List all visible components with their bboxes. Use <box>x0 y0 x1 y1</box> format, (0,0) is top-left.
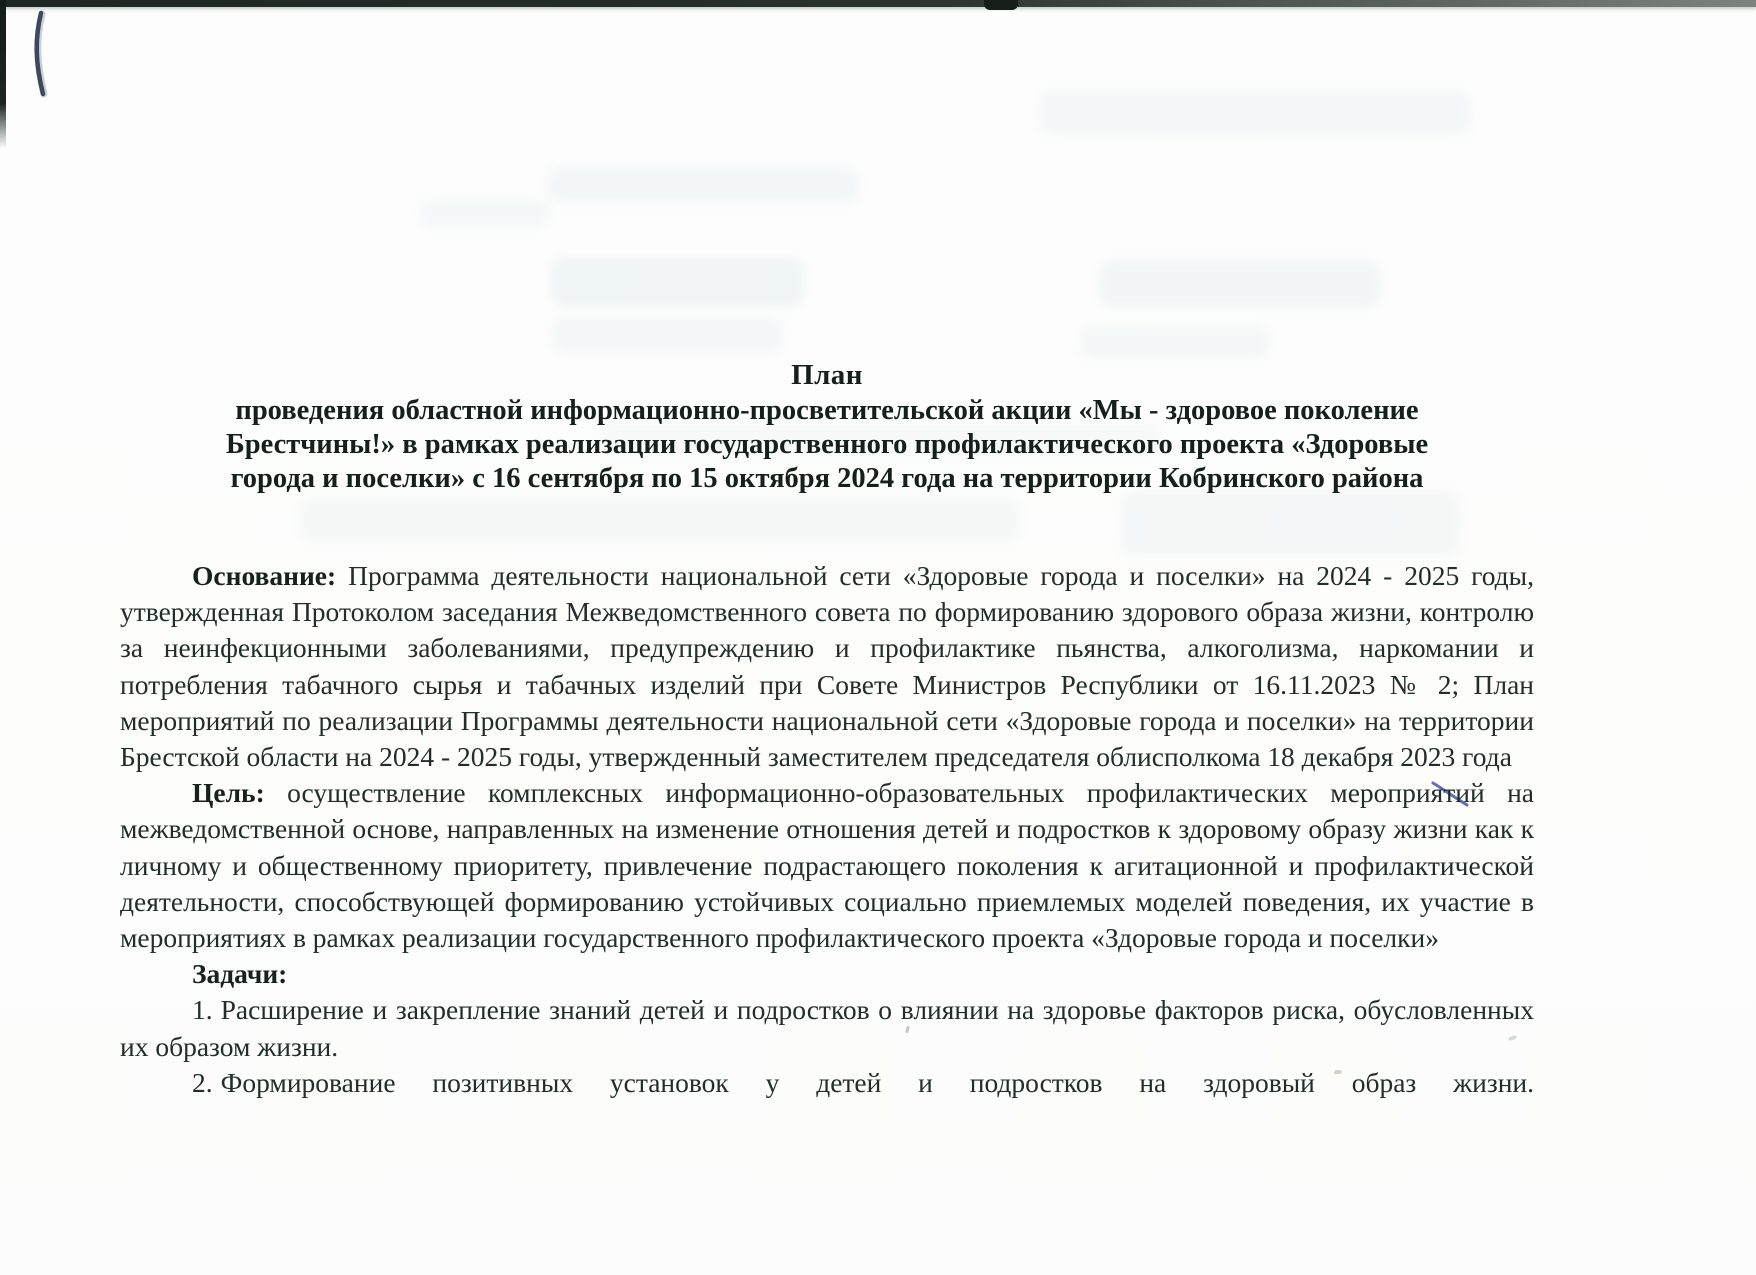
scan-edge-artifact-top <box>0 0 1756 7</box>
bleedthrough-smudge <box>548 168 858 202</box>
basis-text: Программа деятельности национальной сети… <box>120 560 1534 772</box>
bleedthrough-smudge <box>1040 92 1470 134</box>
document-text-column: План проведения областной информационно-… <box>120 358 1534 1101</box>
tasks-label: Задачи: <box>192 958 287 989</box>
paragraph-goal: Цель: осуществление комплексных информац… <box>120 775 1534 956</box>
bleedthrough-smudge <box>420 200 550 226</box>
scan-edge-artifact-blob <box>984 0 1018 10</box>
task-2-number: 2. <box>192 1067 213 1098</box>
pen-stroke-artifact <box>28 8 62 104</box>
bleedthrough-smudge <box>552 318 782 352</box>
document-subtitle: проведения областной информационно-просв… <box>200 394 1454 496</box>
bleedthrough-smudge <box>1080 326 1270 358</box>
task-1-text: Расширение и закрепление знаний детей и … <box>120 994 1534 1061</box>
task-2-text: Формирование позитивных установок у дете… <box>221 1067 1534 1098</box>
paragraph-basis: Основание: Программа деятельности национ… <box>120 558 1534 775</box>
task-item-1: 1.Расширение и закрепление знаний детей … <box>120 992 1534 1064</box>
tasks-heading: Задачи: <box>120 956 1534 992</box>
bleedthrough-smudge <box>1100 262 1380 306</box>
scan-edge-artifact-left <box>0 0 6 148</box>
task-1-number: 1. <box>192 994 213 1025</box>
goal-label: Цель: <box>192 777 265 808</box>
document-title: План <box>120 358 1534 392</box>
document-body: Основание: Программа деятельности национ… <box>120 558 1534 1101</box>
basis-label: Основание: <box>192 560 336 591</box>
goal-text: осуществление комплексных информационно-… <box>120 777 1534 953</box>
bleedthrough-smudge <box>552 258 802 306</box>
task-item-2: 2.Формирование позитивных установок у де… <box>120 1065 1534 1101</box>
scanned-document-page: План проведения областной информационно-… <box>0 0 1756 1275</box>
